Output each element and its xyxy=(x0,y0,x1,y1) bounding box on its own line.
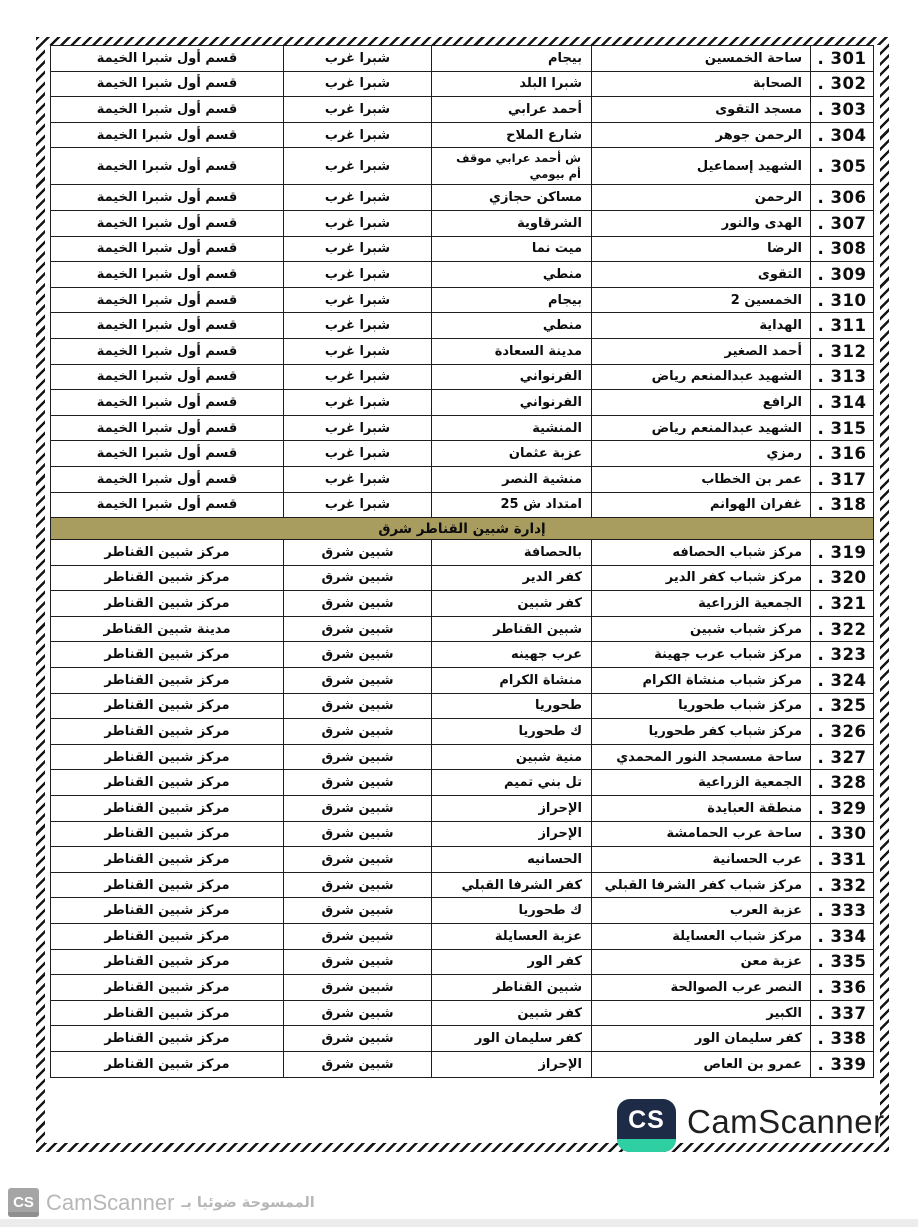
cell-name: رمزي xyxy=(592,441,811,467)
cell-region: شبين شرق xyxy=(284,1000,432,1026)
cell-district: مركز شبين القناطر xyxy=(51,924,284,950)
cell-district: مركز شبين القناطر xyxy=(51,642,284,668)
table-row: . 304الرحمن جوهرشارع الملاحشبرا غربقسم أ… xyxy=(51,122,874,148)
table-row: . 332مركز شباب كفر الشرفا القبليكفر الشر… xyxy=(51,872,874,898)
cell-region: شبرا غرب xyxy=(284,441,432,467)
cell-name: مركز شباب عرب جهينة xyxy=(592,642,811,668)
cell-number: . 322 xyxy=(811,616,874,642)
cell-name: الشهيد إسماعيل xyxy=(592,148,811,185)
table-row: . 323مركز شباب عرب جهينةعرب جهينهشبين شر… xyxy=(51,642,874,668)
cell-region: شبرا غرب xyxy=(284,390,432,416)
cell-district: قسم أول شبرا الخيمة xyxy=(51,390,284,416)
polling-places-table: . 301ساحة الخمسينبيجامشبرا غربقسم أول شب… xyxy=(50,45,874,1078)
cell-name: ساحة مسسجد النور المحمدي xyxy=(592,744,811,770)
cell-location: بالحصافة xyxy=(432,540,592,566)
cell-location: الحسانيه xyxy=(432,847,592,873)
table-row: . 333عزبة العربك طحورياشبين شرقمركز شبين… xyxy=(51,898,874,924)
cell-location: امتداد ش 25 xyxy=(432,492,592,518)
cell-location: كفر سليمان الور xyxy=(432,1026,592,1052)
cell-region: شبين شرق xyxy=(284,591,432,617)
cell-location: أحمد عرابي xyxy=(432,97,592,123)
cell-district: مركز شبين القناطر xyxy=(51,796,284,822)
cell-number: . 313 xyxy=(811,364,874,390)
cell-region: شبين شرق xyxy=(284,616,432,642)
cell-name: الجمعية الزراعية xyxy=(592,770,811,796)
camscanner-watermark: CS CamScanner الممسوحة ضوئيا بـ xyxy=(8,1188,315,1217)
cell-name: الكبير xyxy=(592,1000,811,1026)
table-row: . 311الهدايةمنطيشبرا غربقسم أول شبرا الخ… xyxy=(51,313,874,339)
cell-number: . 303 xyxy=(811,97,874,123)
cell-number: . 318 xyxy=(811,492,874,518)
cell-region: شبين شرق xyxy=(284,898,432,924)
cell-district: مركز شبين القناطر xyxy=(51,1051,284,1077)
cell-location: الإحراز xyxy=(432,821,592,847)
cell-region: شبرا غرب xyxy=(284,364,432,390)
table-row: . 317عمر بن الخطابمنشية النصرشبرا غربقسم… xyxy=(51,466,874,492)
cell-name: مركز شباب الحصافه xyxy=(592,540,811,566)
cell-name: مركز شباب طحوريا xyxy=(592,693,811,719)
cell-location: كفر الشرفا القبلي xyxy=(432,872,592,898)
cell-number: . 317 xyxy=(811,466,874,492)
cell-region: شبرا غرب xyxy=(284,122,432,148)
cell-number: . 315 xyxy=(811,415,874,441)
cell-number: . 316 xyxy=(811,441,874,467)
cell-district: مركز شبين القناطر xyxy=(51,949,284,975)
table-row: . 334مركز شباب العسايلةعزبة العسايلةشبين… xyxy=(51,924,874,950)
cell-region: شبرا غرب xyxy=(284,236,432,262)
cell-region: شبرا غرب xyxy=(284,46,432,72)
table-row: . 338كفر سليمان الوركفر سليمان الورشبين … xyxy=(51,1026,874,1052)
cell-location: منشية النصر xyxy=(432,466,592,492)
cell-region: شبرا غرب xyxy=(284,185,432,211)
cell-region: شبين شرق xyxy=(284,1026,432,1052)
cell-number: . 338 xyxy=(811,1026,874,1052)
cell-district: مركز شبين القناطر xyxy=(51,898,284,924)
cell-district: مركز شبين القناطر xyxy=(51,821,284,847)
table-row: . 309التقوىمنطيشبرا غربقسم أول شبرا الخي… xyxy=(51,262,874,288)
cell-name: الخمسين 2 xyxy=(592,287,811,313)
cell-number: . 309 xyxy=(811,262,874,288)
cell-district: قسم أول شبرا الخيمة xyxy=(51,97,284,123)
cell-location: مساكن حجازي xyxy=(432,185,592,211)
cell-location: عرب جهينه xyxy=(432,642,592,668)
cell-name: عرب الحسانية xyxy=(592,847,811,873)
table-row: . 314الرافعالفرنوانيشبرا غربقسم أول شبرا… xyxy=(51,390,874,416)
table-row: . 336النصر عرب الصوالحةشبين القناطرشبين … xyxy=(51,975,874,1001)
cell-number: . 334 xyxy=(811,924,874,950)
cell-district: مركز شبين القناطر xyxy=(51,591,284,617)
camscanner-logo-icon: CS xyxy=(617,1099,676,1152)
cell-number: . 333 xyxy=(811,898,874,924)
table-row: . 308الرضاميت نماشبرا غربقسم أول شبرا ال… xyxy=(51,236,874,262)
cell-name: ساحة الخمسين xyxy=(592,46,811,72)
cell-district: قسم أول شبرا الخيمة xyxy=(51,441,284,467)
cell-region: شبين شرق xyxy=(284,770,432,796)
cell-number: . 311 xyxy=(811,313,874,339)
cell-location: شبين القناطر xyxy=(432,616,592,642)
cell-district: قسم أول شبرا الخيمة xyxy=(51,46,284,72)
cell-region: شبرا غرب xyxy=(284,466,432,492)
section-divider-row: إدارة شبين القناطر شرق xyxy=(51,518,874,540)
camscanner-logo-teal-strip xyxy=(617,1139,676,1152)
cell-number: . 308 xyxy=(811,236,874,262)
cell-location: منشاة الكرام xyxy=(432,668,592,694)
table-row: . 339عمرو بن العاصالإحرازشبين شرقمركز شب… xyxy=(51,1051,874,1077)
cell-region: شبين شرق xyxy=(284,924,432,950)
cell-name: مركز شباب شبين xyxy=(592,616,811,642)
cell-region: شبين شرق xyxy=(284,847,432,873)
cell-name: التقوى xyxy=(592,262,811,288)
table-row: . 318غفران الهوانمامتداد ش 25شبرا غربقسم… xyxy=(51,492,874,518)
cell-location: منطي xyxy=(432,313,592,339)
table-row: . 335عزبة معنكفر الورشبين شرقمركز شبين ا… xyxy=(51,949,874,975)
cell-location: كفر الور xyxy=(432,949,592,975)
cell-number: . 330 xyxy=(811,821,874,847)
cell-number: . 320 xyxy=(811,565,874,591)
cell-region: شبرا غرب xyxy=(284,287,432,313)
camscanner-logo-letters: CS xyxy=(617,1101,676,1139)
cell-district: مركز شبين القناطر xyxy=(51,719,284,745)
cell-name: الهداية xyxy=(592,313,811,339)
cell-location: شبرا البلد xyxy=(432,71,592,97)
cell-name: الرحمن جوهر xyxy=(592,122,811,148)
cell-region: شبين شرق xyxy=(284,719,432,745)
cell-location: الفرنواني xyxy=(432,364,592,390)
cell-number: . 337 xyxy=(811,1000,874,1026)
cell-number: . 307 xyxy=(811,210,874,236)
table-row: . 319مركز شباب الحصافهبالحصافةشبين شرقمر… xyxy=(51,540,874,566)
cell-location: الفرنواني xyxy=(432,390,592,416)
table-row: . 306الرحمنمساكن حجازيشبرا غربقسم أول شب… xyxy=(51,185,874,211)
cell-district: قسم أول شبرا الخيمة xyxy=(51,185,284,211)
table-body: . 301ساحة الخمسينبيجامشبرا غربقسم أول شب… xyxy=(51,46,874,1078)
table-row: . 328الجمعية الزراعيةتل بني تميمشبين شرق… xyxy=(51,770,874,796)
cell-number: . 329 xyxy=(811,796,874,822)
cell-number: . 314 xyxy=(811,390,874,416)
cell-number: . 301 xyxy=(811,46,874,72)
cell-district: قسم أول شبرا الخيمة xyxy=(51,148,284,185)
cell-location: طحوريا xyxy=(432,693,592,719)
table-row: . 325مركز شباب طحورياطحورياشبين شرقمركز … xyxy=(51,693,874,719)
cell-number: . 324 xyxy=(811,668,874,694)
cell-location: عزبة العسايلة xyxy=(432,924,592,950)
cell-location: كفر شبين xyxy=(432,1000,592,1026)
cell-number: . 304 xyxy=(811,122,874,148)
table-row: . 303مسجد التقوىأحمد عرابيشبرا غربقسم أو… xyxy=(51,97,874,123)
cell-district: مدينة شبين القناطر xyxy=(51,616,284,642)
table-row: . 321الجمعية الزراعيةكفر شبينشبين شرقمرك… xyxy=(51,591,874,617)
cell-region: شبين شرق xyxy=(284,642,432,668)
cell-name: مسجد التقوى xyxy=(592,97,811,123)
cell-district: قسم أول شبرا الخيمة xyxy=(51,71,284,97)
cell-location: الإحراز xyxy=(432,796,592,822)
cell-name: عزبة معن xyxy=(592,949,811,975)
cell-region: شبين شرق xyxy=(284,821,432,847)
cell-district: مركز شبين القناطر xyxy=(51,693,284,719)
cell-number: . 339 xyxy=(811,1051,874,1077)
cell-number: . 325 xyxy=(811,693,874,719)
cell-name: الشهيد عبدالمنعم رياض xyxy=(592,364,811,390)
cell-district: مركز شبين القناطر xyxy=(51,565,284,591)
cell-name: مركز شباب كفر طحوريا xyxy=(592,719,811,745)
cell-number: . 306 xyxy=(811,185,874,211)
cell-name: عمرو بن العاص xyxy=(592,1051,811,1077)
cell-district: قسم أول شبرا الخيمة xyxy=(51,338,284,364)
table-row: . 326مركز شباب كفر طحورياك طحورياشبين شر… xyxy=(51,719,874,745)
cell-name: مركز شباب كفر الدير xyxy=(592,565,811,591)
cell-location: الشرقاوية xyxy=(432,210,592,236)
cell-region: شبين شرق xyxy=(284,975,432,1001)
table-row: . 302الصحابةشبرا البلدشبرا غربقسم أول شب… xyxy=(51,71,874,97)
cell-number: . 332 xyxy=(811,872,874,898)
watermark-arabic-text: الممسوحة ضوئيا بـ xyxy=(181,1195,314,1211)
table-row: . 307الهدى والنورالشرقاويةشبرا غربقسم أو… xyxy=(51,210,874,236)
cell-name: غفران الهوانم xyxy=(592,492,811,518)
table-row: . 322مركز شباب شبينشبين القناطرشبين شرقم… xyxy=(51,616,874,642)
cell-region: شبين شرق xyxy=(284,796,432,822)
cell-district: قسم أول شبرا الخيمة xyxy=(51,313,284,339)
table-row: . 331عرب الحسانيةالحسانيهشبين شرقمركز شب… xyxy=(51,847,874,873)
scan-edge-strip xyxy=(0,1219,918,1227)
cell-location: شبين القناطر xyxy=(432,975,592,1001)
table-row: . 312أحمد الصغيرمدينة السعادةشبرا غربقسم… xyxy=(51,338,874,364)
cell-name: الرضا xyxy=(592,236,811,262)
scanned-document-page: { "table": { "sections": [ { "rows": [ {… xyxy=(0,0,918,1227)
cell-region: شبرا غرب xyxy=(284,148,432,185)
cell-region: شبرا غرب xyxy=(284,97,432,123)
cell-region: شبرا غرب xyxy=(284,338,432,364)
watermark-brand-text: CamScanner xyxy=(46,1190,174,1216)
cell-district: مركز شبين القناطر xyxy=(51,744,284,770)
table-row: . 315الشهيد عبدالمنعم رياضالمنشيةشبرا غر… xyxy=(51,415,874,441)
cell-location: مدينة السعادة xyxy=(432,338,592,364)
cell-number: . 305 xyxy=(811,148,874,185)
cell-number: . 326 xyxy=(811,719,874,745)
cell-name: مركز شباب العسايلة xyxy=(592,924,811,950)
cell-location: ك طحوريا xyxy=(432,719,592,745)
cell-number: . 321 xyxy=(811,591,874,617)
cell-name: عزبة العرب xyxy=(592,898,811,924)
cell-region: شبرا غرب xyxy=(284,210,432,236)
table-row: . 313الشهيد عبدالمنعم رياضالفرنوانيشبرا … xyxy=(51,364,874,390)
cell-location: كفر شبين xyxy=(432,591,592,617)
cell-district: مركز شبين القناطر xyxy=(51,872,284,898)
cell-name: كفر سليمان الور xyxy=(592,1026,811,1052)
cell-location: عزبة عثمان xyxy=(432,441,592,467)
cell-location: المنشية xyxy=(432,415,592,441)
cell-location: الإحراز xyxy=(432,1051,592,1077)
cell-district: قسم أول شبرا الخيمة xyxy=(51,287,284,313)
camscanner-watermark-icon: CS xyxy=(8,1188,39,1217)
cell-location: بيجام xyxy=(432,46,592,72)
cell-name: منطقة العبايدة xyxy=(592,796,811,822)
cell-region: شبرا غرب xyxy=(284,415,432,441)
table-row: . 305الشهيد إسماعيلش أحمد عرابي موقف أم … xyxy=(51,148,874,185)
cell-location: ميت نما xyxy=(432,236,592,262)
table-row: . 310الخمسين 2بيجامشبرا غربقسم أول شبرا … xyxy=(51,287,874,313)
cell-number: . 331 xyxy=(811,847,874,873)
cell-region: شبين شرق xyxy=(284,872,432,898)
cell-location: ش أحمد عرابي موقف أم بيومي xyxy=(432,148,592,185)
cell-number: . 312 xyxy=(811,338,874,364)
table-row: . 316رمزيعزبة عثمانشبرا غربقسم أول شبرا … xyxy=(51,441,874,467)
table-row: . 320مركز شباب كفر الديركفر الديرشبين شر… xyxy=(51,565,874,591)
cell-name: الشهيد عبدالمنعم رياض xyxy=(592,415,811,441)
cell-name: الصحابة xyxy=(592,71,811,97)
cell-number: . 302 xyxy=(811,71,874,97)
cell-region: شبرا غرب xyxy=(284,71,432,97)
cell-district: مركز شبين القناطر xyxy=(51,975,284,1001)
cell-name: عمر بن الخطاب xyxy=(592,466,811,492)
cell-region: شبرا غرب xyxy=(284,492,432,518)
cell-location: كفر الدير xyxy=(432,565,592,591)
table-row: . 337الكبيركفر شبينشبين شرقمركز شبين الق… xyxy=(51,1000,874,1026)
cell-region: شبين شرق xyxy=(284,949,432,975)
cell-region: شبين شرق xyxy=(284,744,432,770)
cell-number: . 323 xyxy=(811,642,874,668)
cell-number: . 336 xyxy=(811,975,874,1001)
cell-location: ك طحوريا xyxy=(432,898,592,924)
cell-location: شارع الملاح xyxy=(432,122,592,148)
cell-number: . 335 xyxy=(811,949,874,975)
cell-region: شبين شرق xyxy=(284,1051,432,1077)
cell-name: النصر عرب الصوالحة xyxy=(592,975,811,1001)
cell-name: الجمعية الزراعية xyxy=(592,591,811,617)
cell-region: شبين شرق xyxy=(284,565,432,591)
cell-name: أحمد الصغير xyxy=(592,338,811,364)
cell-name: الرافع xyxy=(592,390,811,416)
cell-location: منطي xyxy=(432,262,592,288)
cell-region: شبرا غرب xyxy=(284,313,432,339)
cell-region: شبين شرق xyxy=(284,668,432,694)
cell-region: شبين شرق xyxy=(284,693,432,719)
table-row: . 301ساحة الخمسينبيجامشبرا غربقسم أول شب… xyxy=(51,46,874,72)
cell-district: قسم أول شبرا الخيمة xyxy=(51,466,284,492)
cell-name: مركز شباب منشاة الكرام xyxy=(592,668,811,694)
cell-name: الرحمن xyxy=(592,185,811,211)
cell-district: قسم أول شبرا الخيمة xyxy=(51,122,284,148)
cell-name: ساحة عرب الحمامشة xyxy=(592,821,811,847)
cell-name: الهدى والنور xyxy=(592,210,811,236)
cell-district: مركز شبين القناطر xyxy=(51,540,284,566)
cell-region: شبرا غرب xyxy=(284,262,432,288)
cell-number: . 319 xyxy=(811,540,874,566)
table-row: . 330ساحة عرب الحمامشةالإحرازشبين شرقمرك… xyxy=(51,821,874,847)
cell-number: . 327 xyxy=(811,744,874,770)
table-row: . 327ساحة مسسجد النور المحمديمنية شبينشب… xyxy=(51,744,874,770)
cell-district: قسم أول شبرا الخيمة xyxy=(51,210,284,236)
cell-district: مركز شبين القناطر xyxy=(51,668,284,694)
cell-number: . 310 xyxy=(811,287,874,313)
table-row: . 324مركز شباب منشاة الكراممنشاة الكرامش… xyxy=(51,668,874,694)
cell-district: قسم أول شبرا الخيمة xyxy=(51,262,284,288)
cell-name: مركز شباب كفر الشرفا القبلي xyxy=(592,872,811,898)
cell-location: تل بني تميم xyxy=(432,770,592,796)
cell-region: شبين شرق xyxy=(284,540,432,566)
cell-district: قسم أول شبرا الخيمة xyxy=(51,415,284,441)
cell-district: مركز شبين القناطر xyxy=(51,847,284,873)
section-divider: إدارة شبين القناطر شرق xyxy=(51,518,874,540)
cell-district: قسم أول شبرا الخيمة xyxy=(51,364,284,390)
cell-location: منية شبين xyxy=(432,744,592,770)
table-row: . 329منطقة العبايدةالإحرازشبين شرقمركز ش… xyxy=(51,796,874,822)
cell-district: مركز شبين القناطر xyxy=(51,1000,284,1026)
cell-number: . 328 xyxy=(811,770,874,796)
cell-district: مركز شبين القناطر xyxy=(51,1026,284,1052)
cell-district: قسم أول شبرا الخيمة xyxy=(51,492,284,518)
camscanner-brand-text: CamScanner xyxy=(687,1103,885,1141)
cell-location: بيجام xyxy=(432,287,592,313)
cell-district: مركز شبين القناطر xyxy=(51,770,284,796)
cell-district: قسم أول شبرا الخيمة xyxy=(51,236,284,262)
